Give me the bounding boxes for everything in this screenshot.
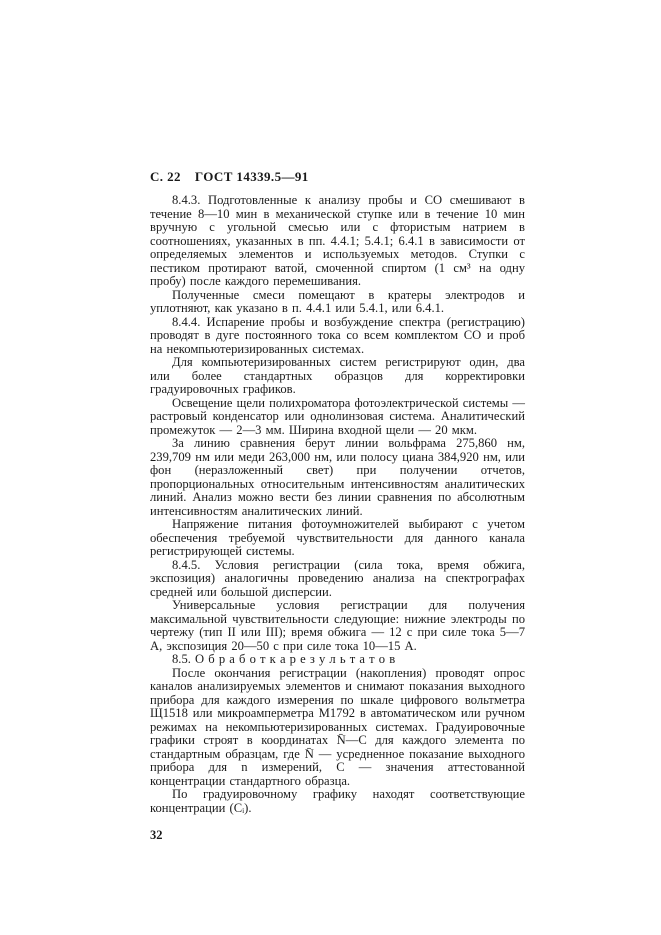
text-column: С. 22 ГОСТ 14339.5—91 8.4.3. Подготовлен… [150,169,525,843]
page-label: С. 22 [150,169,181,185]
para-results-processing: После окончания регистрации (накопления)… [150,667,525,789]
para-8-4-5: 8.4.5. Условия регистрации (сила тока, в… [150,559,525,600]
para-8-4-3: 8.4.3. Подготовленные к анализу пробы и … [150,194,525,289]
para-comparison-line: За линию сравнения берут линии вольфрама… [150,437,525,518]
running-header: С. 22 ГОСТ 14339.5—91 [150,169,525,185]
text-block: 8.4.3. Подготовленные к анализу пробы и … [150,194,525,815]
para-computerized-systems: Для компьютеризированных систем регистри… [150,356,525,397]
para-universal-conditions: Универсальные условия регистрации для по… [150,599,525,653]
para-slit-illumination: Освещение щели полихроматора фотоэлектри… [150,397,525,438]
para-8-4-4: 8.4.4. Испарение пробы и возбуждение спе… [150,316,525,357]
para-calibration-curve: По градуировочному графику находят соотв… [150,788,525,815]
para-mixtures: Полученные смеси помещают в кратеры элек… [150,289,525,316]
para-pmt-voltage: Напряжение питания фотоумножителей выбир… [150,518,525,559]
standard-number: ГОСТ 14339.5—91 [195,169,309,185]
page-number: 32 [150,828,525,843]
heading-8-5: 8.5. О б р а б о т к а р е з у л ь т а т… [150,653,525,667]
document-page: С. 22 ГОСТ 14339.5—91 8.4.3. Подготовлен… [0,0,661,935]
